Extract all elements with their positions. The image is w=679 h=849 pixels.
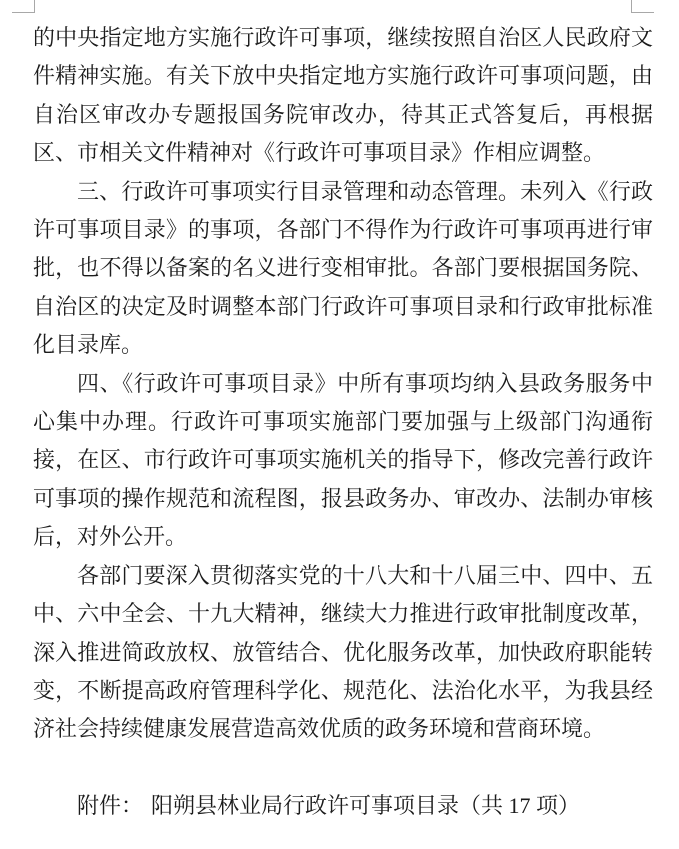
document-paragraphs: 的中央指定地方实施行政许可事项，继续按照自治区人民政府文件精神实施。有关下放中央… (33, 19, 653, 749)
document-paragraph: 的中央指定地方实施行政许可事项，继续按照自治区人民政府文件精神实施。有关下放中央… (33, 19, 653, 173)
document-page: 的中央指定地方实施行政许可事项，继续按照自治区人民政府文件精神实施。有关下放中央… (0, 0, 679, 849)
attachment-title: 阳朔县林业局行政许可事项目录（共 17 项） (151, 793, 580, 818)
attachment-label: 附件： (77, 793, 143, 818)
crop-mark-top-right (631, 0, 654, 13)
document-body: 的中央指定地方实施行政许可事项，继续按照自治区人民政府文件精神实施。有关下放中央… (33, 19, 653, 826)
document-paragraph: 四、《行政许可事项目录》中所有事项均纳入县政务服务中心集中办理。行政许可事项实施… (33, 365, 653, 557)
attachment-line: 附件：阳朔县林业局行政许可事项目录（共 17 项） (33, 787, 653, 825)
document-paragraph: 各部门要深入贯彻落实党的十八大和十八届三中、四中、五中、六中全会、十九大精神，继… (33, 557, 653, 749)
document-paragraph: 三、行政许可事项实行目录管理和动态管理。未列入《行政许可事项目录》的事项，各部门… (33, 173, 653, 365)
crop-mark-top-left (12, 0, 35, 13)
